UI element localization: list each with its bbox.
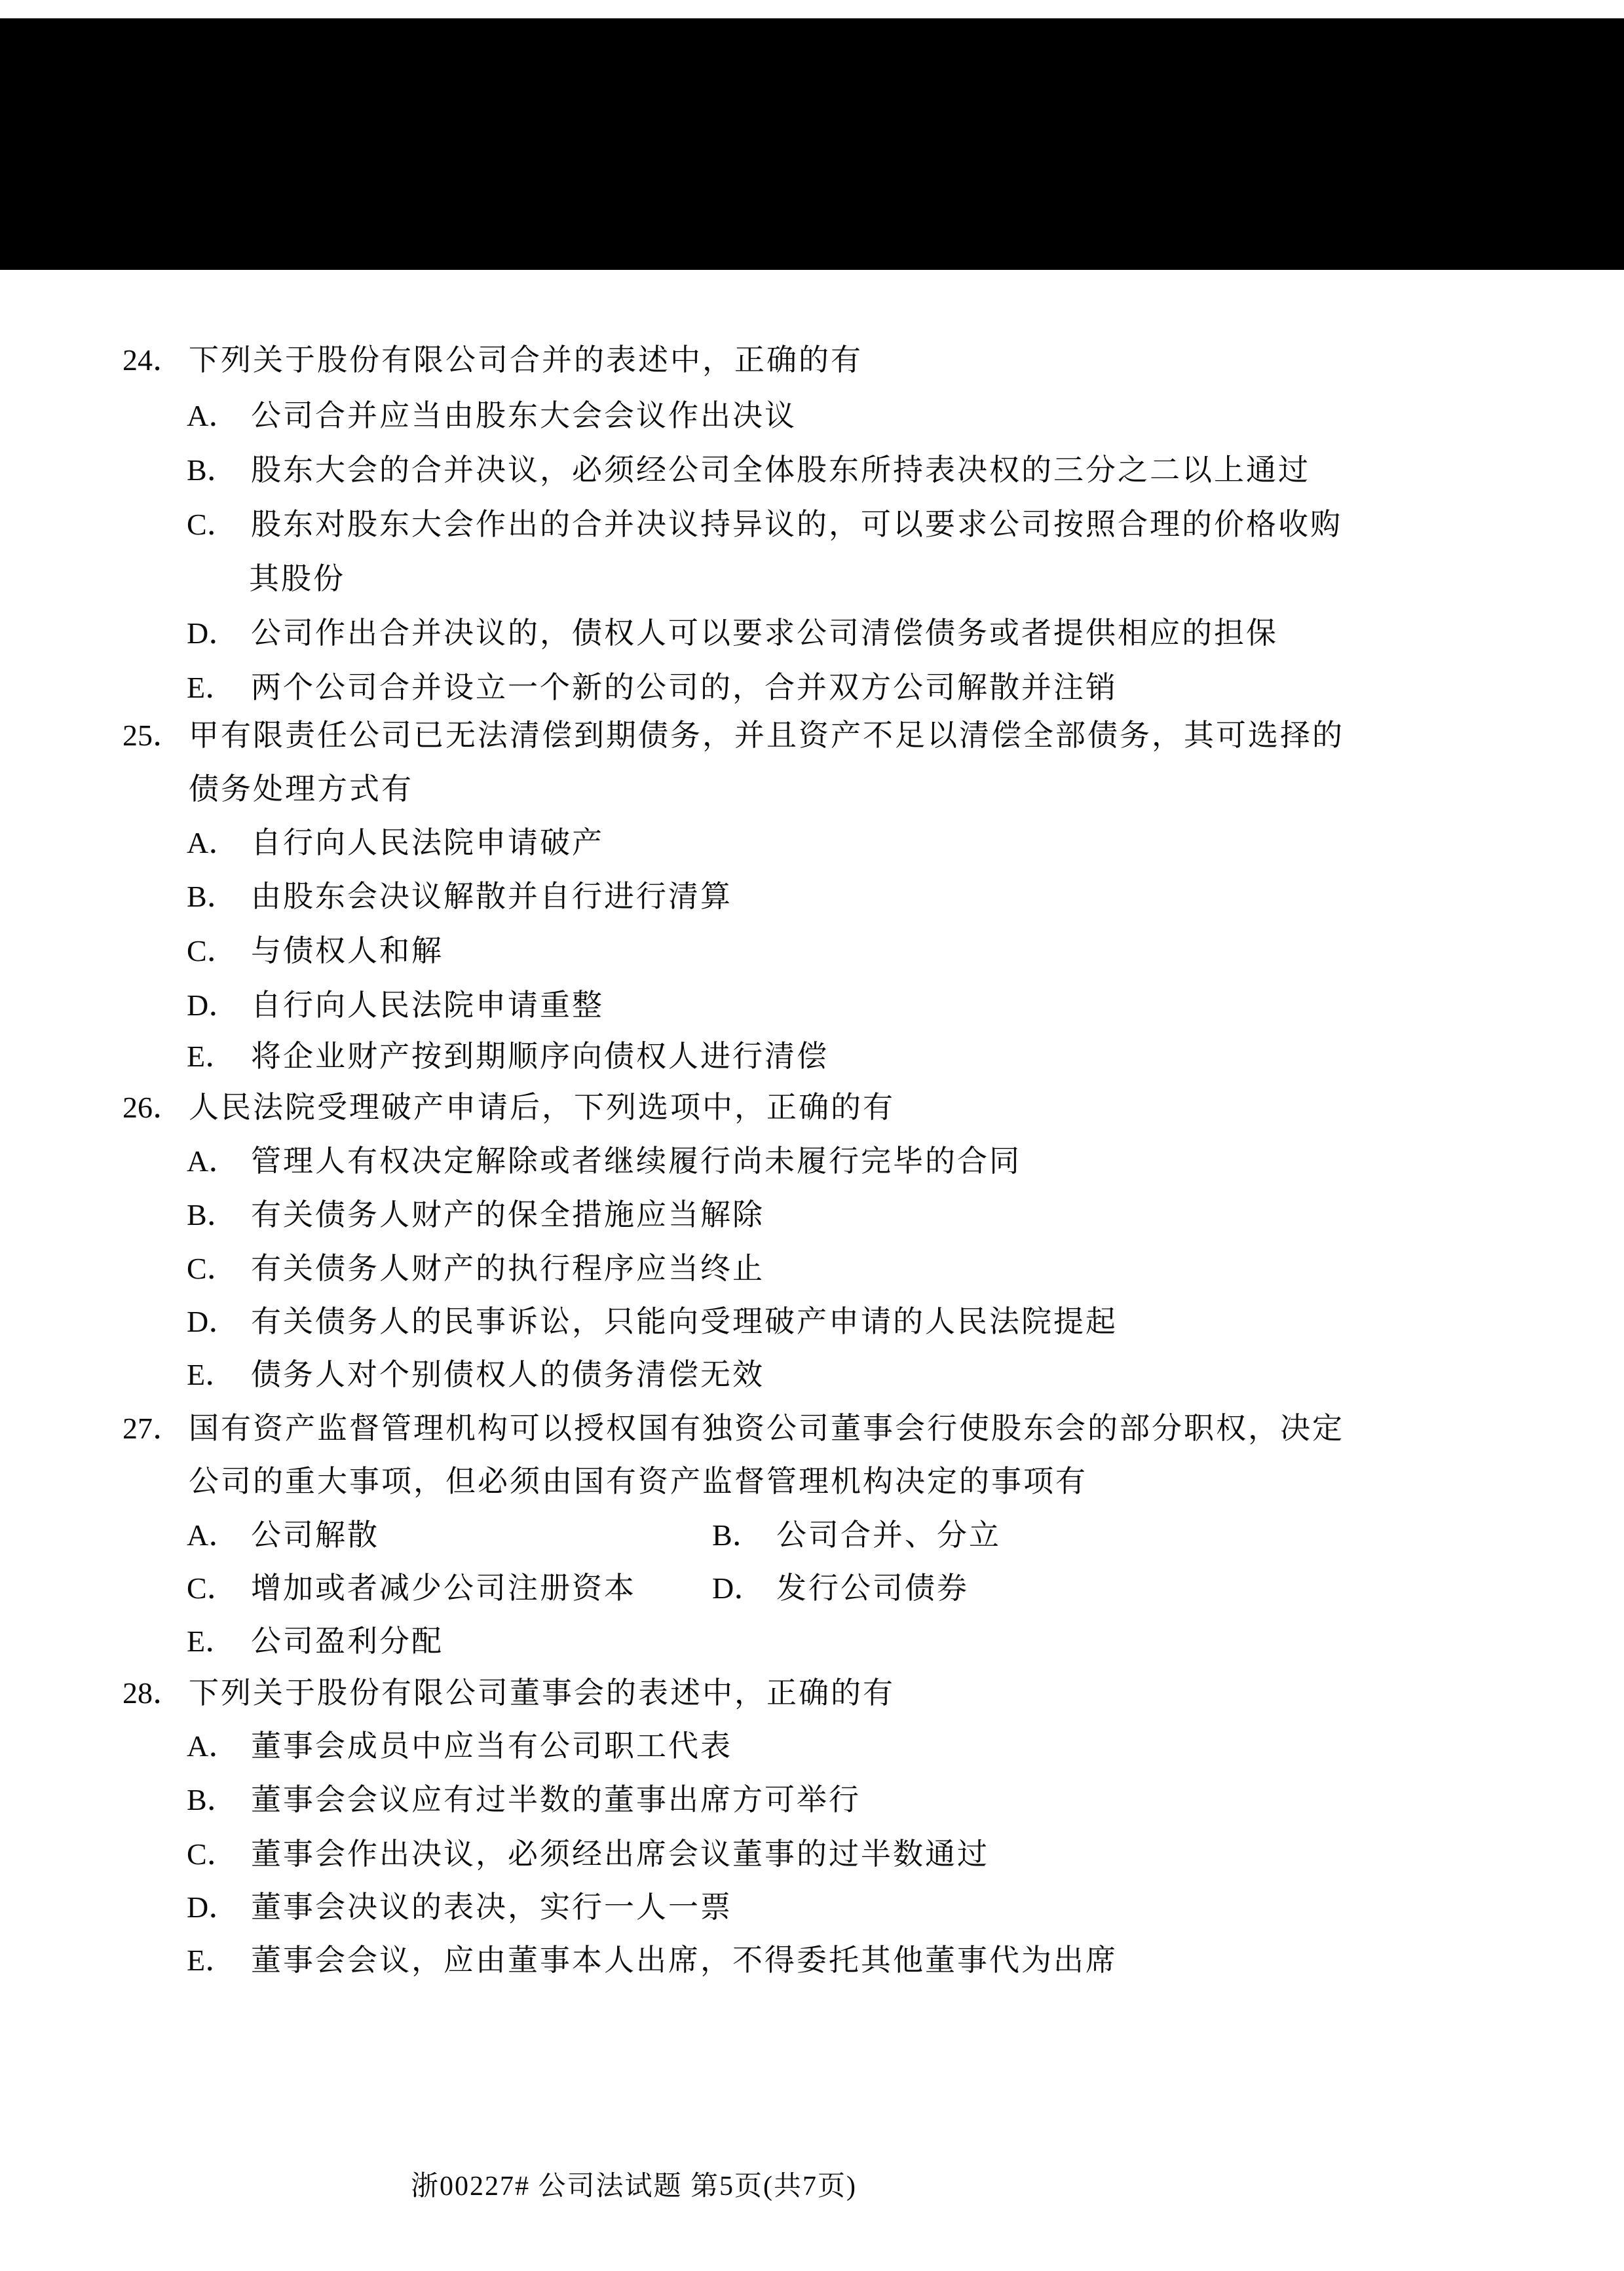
option-label: E． bbox=[187, 1623, 251, 1660]
question-27-option-d: D．发行公司债券 bbox=[712, 1570, 969, 1607]
question-24-option-a: A．公司合并应当由股东大会会议作出决议 bbox=[187, 398, 797, 434]
question-25-option-d: D．自行向人民法院申请重整 bbox=[187, 987, 604, 1024]
option-text: 其股份 bbox=[249, 562, 345, 595]
question-25-number: 25． bbox=[123, 717, 189, 754]
option-label: E． bbox=[187, 1357, 251, 1393]
option-label: D． bbox=[187, 615, 251, 652]
option-text: 与债权人和解 bbox=[251, 934, 444, 967]
option-text: 公司合并应当由股东大会会议作出决议 bbox=[251, 399, 797, 432]
question-28-option-b: B．董事会会议应有过半数的董事出席方可举行 bbox=[187, 1782, 861, 1818]
option-text: 董事会决议的表决，实行一人一票 bbox=[251, 1890, 732, 1924]
question-27-text-continuation: 公司的重大事项，但必须由国有资产监督管理机构决定的事项有 bbox=[189, 1463, 1087, 1500]
option-text: 管理人有权决定解除或者继续履行尚未履行完毕的合同 bbox=[251, 1144, 1021, 1178]
question-26-option-a: A．管理人有权决定解除或者继续履行尚未履行完毕的合同 bbox=[187, 1143, 1021, 1180]
option-label: E． bbox=[187, 1942, 251, 1979]
option-text: 有关债务人的民事诉讼，只能向受理破产申请的人民法院提起 bbox=[251, 1305, 1118, 1338]
question-26: 26．人民法院受理破产申请后，下列选项中，正确的有 bbox=[123, 1089, 895, 1126]
question-25-option-e: E．将企业财产按到期顺序向债权人进行清偿 bbox=[187, 1038, 829, 1075]
question-28: 28．下列关于股份有限公司董事会的表述中，正确的有 bbox=[123, 1675, 895, 1712]
question-25-option-b: B．由股东会决议解散并自行进行清算 bbox=[187, 878, 732, 915]
option-label: E． bbox=[187, 1038, 251, 1075]
question-26-option-d: D．有关债务人的民事诉讼，只能向受理破产申请的人民法院提起 bbox=[187, 1304, 1118, 1340]
option-label: A． bbox=[187, 1728, 251, 1765]
question-28-number: 28． bbox=[123, 1675, 189, 1712]
question-25-text-continuation: 债务处理方式有 bbox=[189, 771, 413, 808]
option-text: 自行向人民法院申请破产 bbox=[251, 826, 604, 859]
question-25: 25．甲有限责任公司已无法清偿到期债务，并且资产不足以清偿全部债务，其可选择的 bbox=[123, 717, 1344, 754]
option-label: E． bbox=[187, 669, 251, 706]
option-label: C． bbox=[187, 1570, 251, 1607]
option-text: 将企业财产按到期顺序向债权人进行清偿 bbox=[251, 1040, 829, 1073]
option-text: 公司合并、分立 bbox=[776, 1518, 1001, 1552]
option-text: 两个公司合并设立一个新的公司的，合并双方公司解散并注销 bbox=[251, 671, 1118, 704]
option-label: B． bbox=[187, 452, 251, 489]
question-28-option-a: A．董事会成员中应当有公司职工代表 bbox=[187, 1728, 732, 1765]
question-26-option-c: C．有关债务人财产的执行程序应当终止 bbox=[187, 1250, 765, 1287]
scan-black-bar bbox=[0, 18, 1624, 270]
option-label: B． bbox=[712, 1517, 776, 1554]
question-28-option-e: E．董事会会议，应由董事本人出席，不得委托其他董事代为出席 bbox=[187, 1942, 1118, 1979]
question-text: 债务处理方式有 bbox=[189, 772, 413, 806]
option-text: 董事会会议，应由董事本人出席，不得委托其他董事代为出席 bbox=[251, 1943, 1118, 1977]
question-26-option-e: E．债务人对个别债权人的债务清偿无效 bbox=[187, 1357, 765, 1393]
option-text: 公司解散 bbox=[251, 1518, 379, 1552]
question-26-text: 人民法院受理破产申请后，下列选项中，正确的有 bbox=[189, 1091, 895, 1124]
question-text: 公司的重大事项，但必须由国有资产监督管理机构决定的事项有 bbox=[189, 1465, 1087, 1498]
question-27-option-b: B．公司合并、分立 bbox=[712, 1517, 1001, 1554]
option-text: 自行向人民法院申请重整 bbox=[251, 988, 604, 1022]
question-27-option-e: E．公司盈利分配 bbox=[187, 1623, 444, 1660]
question-25-option-c: C．与债权人和解 bbox=[187, 933, 444, 969]
question-24-option-b: B．股东大会的合并决议，必须经公司全体股东所持表决权的三分之二以上通过 bbox=[187, 452, 1310, 489]
option-label: A． bbox=[187, 1143, 251, 1180]
option-label: C． bbox=[187, 1250, 251, 1287]
option-label: A． bbox=[187, 1517, 251, 1554]
option-text: 有关债务人财产的保全措施应当解除 bbox=[251, 1198, 765, 1231]
option-text: 公司盈利分配 bbox=[251, 1624, 444, 1658]
question-28-text: 下列关于股份有限公司董事会的表述中，正确的有 bbox=[189, 1676, 895, 1710]
question-24: 24．下列关于股份有限公司合并的表述中，正确的有 bbox=[123, 342, 863, 379]
question-25-option-a: A．自行向人民法院申请破产 bbox=[187, 825, 604, 861]
question-26-number: 26． bbox=[123, 1089, 189, 1126]
option-text: 债务人对个别债权人的债务清偿无效 bbox=[251, 1358, 765, 1391]
option-label: B． bbox=[187, 1197, 251, 1233]
option-label: D． bbox=[187, 987, 251, 1024]
question-26-option-b: B．有关债务人财产的保全措施应当解除 bbox=[187, 1197, 765, 1233]
option-label: B． bbox=[187, 878, 251, 915]
question-27-text: 国有资产监督管理机构可以授权国有独资公司董事会行使股东会的部分职权，决定 bbox=[189, 1412, 1344, 1445]
question-24-option-d: D．公司作出合并决议的，债权人可以要求公司清偿债务或者提供相应的担保 bbox=[187, 615, 1278, 652]
option-text: 股东大会的合并决议，必须经公司全体股东所持表决权的三分之二以上通过 bbox=[251, 453, 1310, 487]
question-27-option-a: A．公司解散 bbox=[187, 1517, 379, 1554]
question-28-option-c: C．董事会作出决议，必须经出席会议董事的过半数通过 bbox=[187, 1836, 989, 1873]
option-label: D． bbox=[187, 1304, 251, 1340]
question-24-option-c-continuation: 其股份 bbox=[249, 561, 345, 597]
question-24-option-c: C．股东对股东大会作出的合并决议持异议的，可以要求公司按照合理的价格收购 bbox=[187, 506, 1342, 543]
option-text: 公司作出合并决议的，债权人可以要求公司清偿债务或者提供相应的担保 bbox=[251, 616, 1278, 650]
option-label: C． bbox=[187, 1836, 251, 1873]
option-label: C． bbox=[187, 933, 251, 969]
question-27-number: 27． bbox=[123, 1410, 189, 1447]
option-label: D． bbox=[712, 1570, 776, 1607]
question-27-option-c: C．增加或者减少公司注册资本 bbox=[187, 1570, 636, 1607]
question-25-text: 甲有限责任公司已无法清偿到期债务，并且资产不足以清偿全部债务，其可选择的 bbox=[189, 719, 1344, 752]
question-24-number: 24． bbox=[123, 342, 189, 379]
option-label: A． bbox=[187, 398, 251, 434]
question-27: 27．国有资产监督管理机构可以授权国有独资公司董事会行使股东会的部分职权，决定 bbox=[123, 1410, 1344, 1447]
option-text: 董事会会议应有过半数的董事出席方可举行 bbox=[251, 1783, 861, 1816]
question-24-option-e: E．两个公司合并设立一个新的公司的，合并双方公司解散并注销 bbox=[187, 669, 1118, 706]
option-label: B． bbox=[187, 1782, 251, 1818]
option-label: C． bbox=[187, 506, 251, 543]
option-text: 股东对股东大会作出的合并决议持异议的，可以要求公司按照合理的价格收购 bbox=[251, 508, 1342, 541]
page-footer: 浙00227# 公司法试题 第5页(共7页) bbox=[411, 2169, 857, 2204]
option-label: A． bbox=[187, 825, 251, 861]
option-text: 发行公司债券 bbox=[776, 1571, 969, 1605]
option-text: 由股东会决议解散并自行进行清算 bbox=[251, 880, 732, 913]
option-text: 董事会作出决议，必须经出席会议董事的过半数通过 bbox=[251, 1837, 989, 1871]
option-text: 董事会成员中应当有公司职工代表 bbox=[251, 1729, 732, 1763]
question-28-option-d: D．董事会决议的表决，实行一人一票 bbox=[187, 1889, 732, 1926]
question-24-text: 下列关于股份有限公司合并的表述中，正确的有 bbox=[189, 343, 863, 377]
option-text: 有关债务人财产的执行程序应当终止 bbox=[251, 1252, 765, 1285]
option-label: D． bbox=[187, 1889, 251, 1926]
scanned-exam-page: { "document": { "footer": "浙00227# 公司法试题… bbox=[0, 0, 1624, 2271]
option-text: 增加或者减少公司注册资本 bbox=[251, 1571, 636, 1605]
